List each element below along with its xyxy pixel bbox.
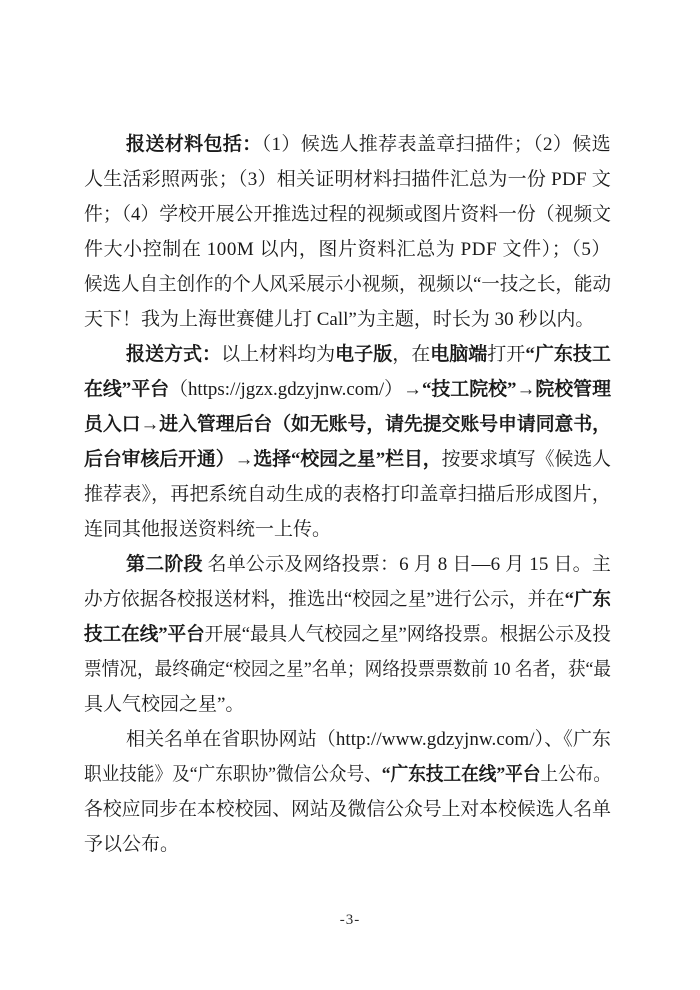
text-line-content: 候选人自主创作的个人风采展示小视频，视频以“一技之长，能动 (84, 267, 611, 302)
text-run: 连同其他报送资料统一上传。 (84, 519, 331, 540)
text-run: 上公布。 (540, 764, 611, 785)
text-run: ，在 (392, 344, 430, 365)
text-run: 件大小控制在 100M 以内，图片资料汇总为 PDF 文件）；（5） (84, 239, 611, 260)
document-page: 报送材料包括：（1）候选人推荐表盖章扫描件；（2）候选人生活彩照两张；（3）相关… (0, 0, 700, 990)
text-line: 后台审核后开通）→选择“校园之星”栏目，按要求填写《候选人 (84, 442, 611, 477)
text-run-bold: 员入口→进入管理后台（如无账号，请先提交账号申请同意书， (84, 414, 611, 435)
text-line-content: 件；（4）学校开展公开推选过程的视频或图片资料一份（视频文 (84, 197, 611, 232)
text-line-content: 技工在线”平台开展“最具人气校园之星”网络投票。根据公示及投 (84, 617, 611, 652)
text-run-bold: 报送方式： (126, 344, 221, 365)
text-run: 予以公布。 (84, 834, 179, 855)
text-run: 名单公示及网络投票：6 月 8 日—6 月 15 日。主 (203, 554, 611, 575)
text-run: 具人气校园之星”。 (84, 694, 244, 715)
text-line: 第二阶段 名单公示及网络投票：6 月 8 日—6 月 15 日。主 (84, 547, 611, 582)
text-run: 候选人自主创作的个人风采展示小视频，视频以“一技之长，能动 (84, 274, 611, 295)
text-line-content: 后台审核后开通）→选择“校园之星”栏目，按要求填写《候选人 (84, 442, 611, 477)
text-run-bold: 在线”平台 (84, 379, 169, 400)
text-line: 人生活彩照两张；（3）相关证明材料扫描件汇总为一份 PDF 文 (84, 162, 611, 197)
text-run-bold: 第二阶段 (126, 554, 203, 575)
text-run-bold: “广东技工 (525, 344, 611, 365)
text-line-content: 办方依据各校报送材料，推选出“校园之星”进行公示，并在“广东 (84, 582, 611, 617)
text-run-bold: 电子版 (335, 344, 392, 365)
text-run: 职业技能》及“广东职协”微信公众号、 (84, 764, 382, 785)
text-line-content: 天下！我为上海世赛健儿打 Call”为主题，时长为 30 秒以内。 (84, 302, 594, 337)
para-phase-two: 第二阶段 名单公示及网络投票：6 月 8 日—6 月 15 日。主办方依据各校报… (84, 547, 611, 722)
text-run: 开展“最具人气校园之星”网络投票。根据公示及投 (205, 624, 611, 645)
first-line-indent (84, 744, 126, 745)
text-line: 各校应同步在本校校园、网站及微信公众号上对本校候选人名单 (84, 792, 611, 827)
text-run: 天下！我为上海世赛健儿打 Call”为主题，时长为 30 秒以内。 (84, 309, 594, 330)
para-submission-materials: 报送材料包括：（1）候选人推荐表盖章扫描件；（2）候选人生活彩照两张；（3）相关… (84, 127, 611, 337)
text-line-content: 第二阶段 名单公示及网络投票：6 月 8 日—6 月 15 日。主 (84, 547, 611, 582)
text-line: 职业技能》及“广东职协”微信公众号、“广东技工在线”平台上公布。 (84, 757, 611, 792)
text-run: 推荐表》，再把系统自动生成的表格打印盖章扫描后形成图片， (84, 484, 611, 505)
first-line-indent (84, 569, 126, 570)
text-line-content: 具人气校园之星”。 (84, 687, 244, 722)
text-run: （1）候选人推荐表盖章扫描件；（2）候选 (262, 134, 611, 155)
text-line-content: 人生活彩照两张；（3）相关证明材料扫描件汇总为一份 PDF 文 (84, 162, 611, 197)
text-line-content: 相关名单在省职协网站（http://www.gdzyjnw.com/）、《广东 (84, 722, 611, 757)
text-line: 在线”平台（https://jgzx.gdzyjnw.com/）→“技工院校”→… (84, 372, 611, 407)
page-number: -3- (0, 912, 700, 929)
text-line: 员入口→进入管理后台（如无账号，请先提交账号申请同意书， (84, 407, 611, 442)
document-body: 报送材料包括：（1）候选人推荐表盖章扫描件；（2）候选人生活彩照两张；（3）相关… (84, 127, 611, 862)
text-line-content: 件大小控制在 100M 以内，图片资料汇总为 PDF 文件）；（5） (84, 232, 611, 267)
text-line-content: 报送方式：以上材料均为电子版，在电脑端打开“广东技工 (84, 337, 611, 372)
text-line: 予以公布。 (84, 827, 611, 862)
text-line-content: 推荐表》，再把系统自动生成的表格打印盖章扫描后形成图片， (84, 477, 611, 512)
text-run: 按要求填写《候选人 (442, 449, 611, 470)
text-run-bold: “广东技工在线”平台 (382, 764, 541, 785)
para-submission-method: 报送方式：以上材料均为电子版，在电脑端打开“广东技工在线”平台（https://… (84, 337, 611, 547)
text-run: 打开 (487, 344, 525, 365)
first-line-indent (84, 149, 126, 150)
text-line: 天下！我为上海世赛健儿打 Call”为主题，时长为 30 秒以内。 (84, 302, 611, 337)
text-run-bold: →“技工院校”→院校管理 (403, 379, 611, 400)
text-line: 办方依据各校报送材料，推选出“校园之星”进行公示，并在“广东 (84, 582, 611, 617)
text-run-bold: 报送材料包括： (126, 134, 262, 155)
text-run-bold: “广东 (565, 589, 611, 610)
text-run: 以上材料均为 (221, 344, 335, 365)
text-run: 各校应同步在本校校园、网站及微信公众号上对本校候选人名单 (84, 799, 611, 820)
text-line-content: 报送材料包括：（1）候选人推荐表盖章扫描件；（2）候选 (84, 127, 611, 162)
text-line: 件；（4）学校开展公开推选过程的视频或图片资料一份（视频文 (84, 197, 611, 232)
text-line-content: 职业技能》及“广东职协”微信公众号、“广东技工在线”平台上公布。 (84, 757, 611, 792)
text-line: 具人气校园之星”。 (84, 687, 611, 722)
text-line-content: 各校应同步在本校校园、网站及微信公众号上对本校候选人名单 (84, 792, 611, 827)
text-run: 票情况，最终确定“校园之星”名单；网络投票票数前 10 名者，获“最 (84, 659, 611, 680)
text-run-bold: 技工在线”平台 (84, 624, 205, 645)
text-line: 候选人自主创作的个人风采展示小视频，视频以“一技之长，能动 (84, 267, 611, 302)
text-run-bold: 电脑端 (430, 344, 487, 365)
text-line-content: 连同其他报送资料统一上传。 (84, 512, 331, 547)
text-line: 推荐表》，再把系统自动生成的表格打印盖章扫描后形成图片， (84, 477, 611, 512)
text-run: 办方依据各校报送材料，推选出“校园之星”进行公示，并在 (84, 589, 565, 610)
text-run: （https://jgzx.gdzyjnw.com/） (169, 379, 403, 400)
text-line: 相关名单在省职协网站（http://www.gdzyjnw.com/）、《广东 (84, 722, 611, 757)
text-line: 报送材料包括：（1）候选人推荐表盖章扫描件；（2）候选 (84, 127, 611, 162)
text-run: 件；（4）学校开展公开推选过程的视频或图片资料一份（视频文 (84, 204, 611, 225)
text-line-content: 在线”平台（https://jgzx.gdzyjnw.com/）→“技工院校”→… (84, 372, 611, 407)
text-line: 连同其他报送资料统一上传。 (84, 512, 611, 547)
first-line-indent (84, 359, 126, 360)
text-line-content: 员入口→进入管理后台（如无账号，请先提交账号申请同意书， (84, 407, 611, 442)
text-line: 报送方式：以上材料均为电子版，在电脑端打开“广东技工 (84, 337, 611, 372)
text-run-bold: 后台审核后开通）→选择“校园之星”栏目， (84, 449, 442, 470)
para-announcement: 相关名单在省职协网站（http://www.gdzyjnw.com/）、《广东职… (84, 722, 611, 862)
text-run: 相关名单在省职协网站（http://www.gdzyjnw.com/）、《广东 (126, 729, 611, 750)
text-line: 票情况，最终确定“校园之星”名单；网络投票票数前 10 名者，获“最 (84, 652, 611, 687)
text-line-content: 票情况，最终确定“校园之星”名单；网络投票票数前 10 名者，获“最 (84, 652, 611, 687)
text-line-content: 予以公布。 (84, 827, 179, 862)
text-line: 件大小控制在 100M 以内，图片资料汇总为 PDF 文件）；（5） (84, 232, 611, 267)
text-run: 人生活彩照两张；（3）相关证明材料扫描件汇总为一份 PDF 文 (84, 169, 611, 190)
text-line: 技工在线”平台开展“最具人气校园之星”网络投票。根据公示及投 (84, 617, 611, 652)
